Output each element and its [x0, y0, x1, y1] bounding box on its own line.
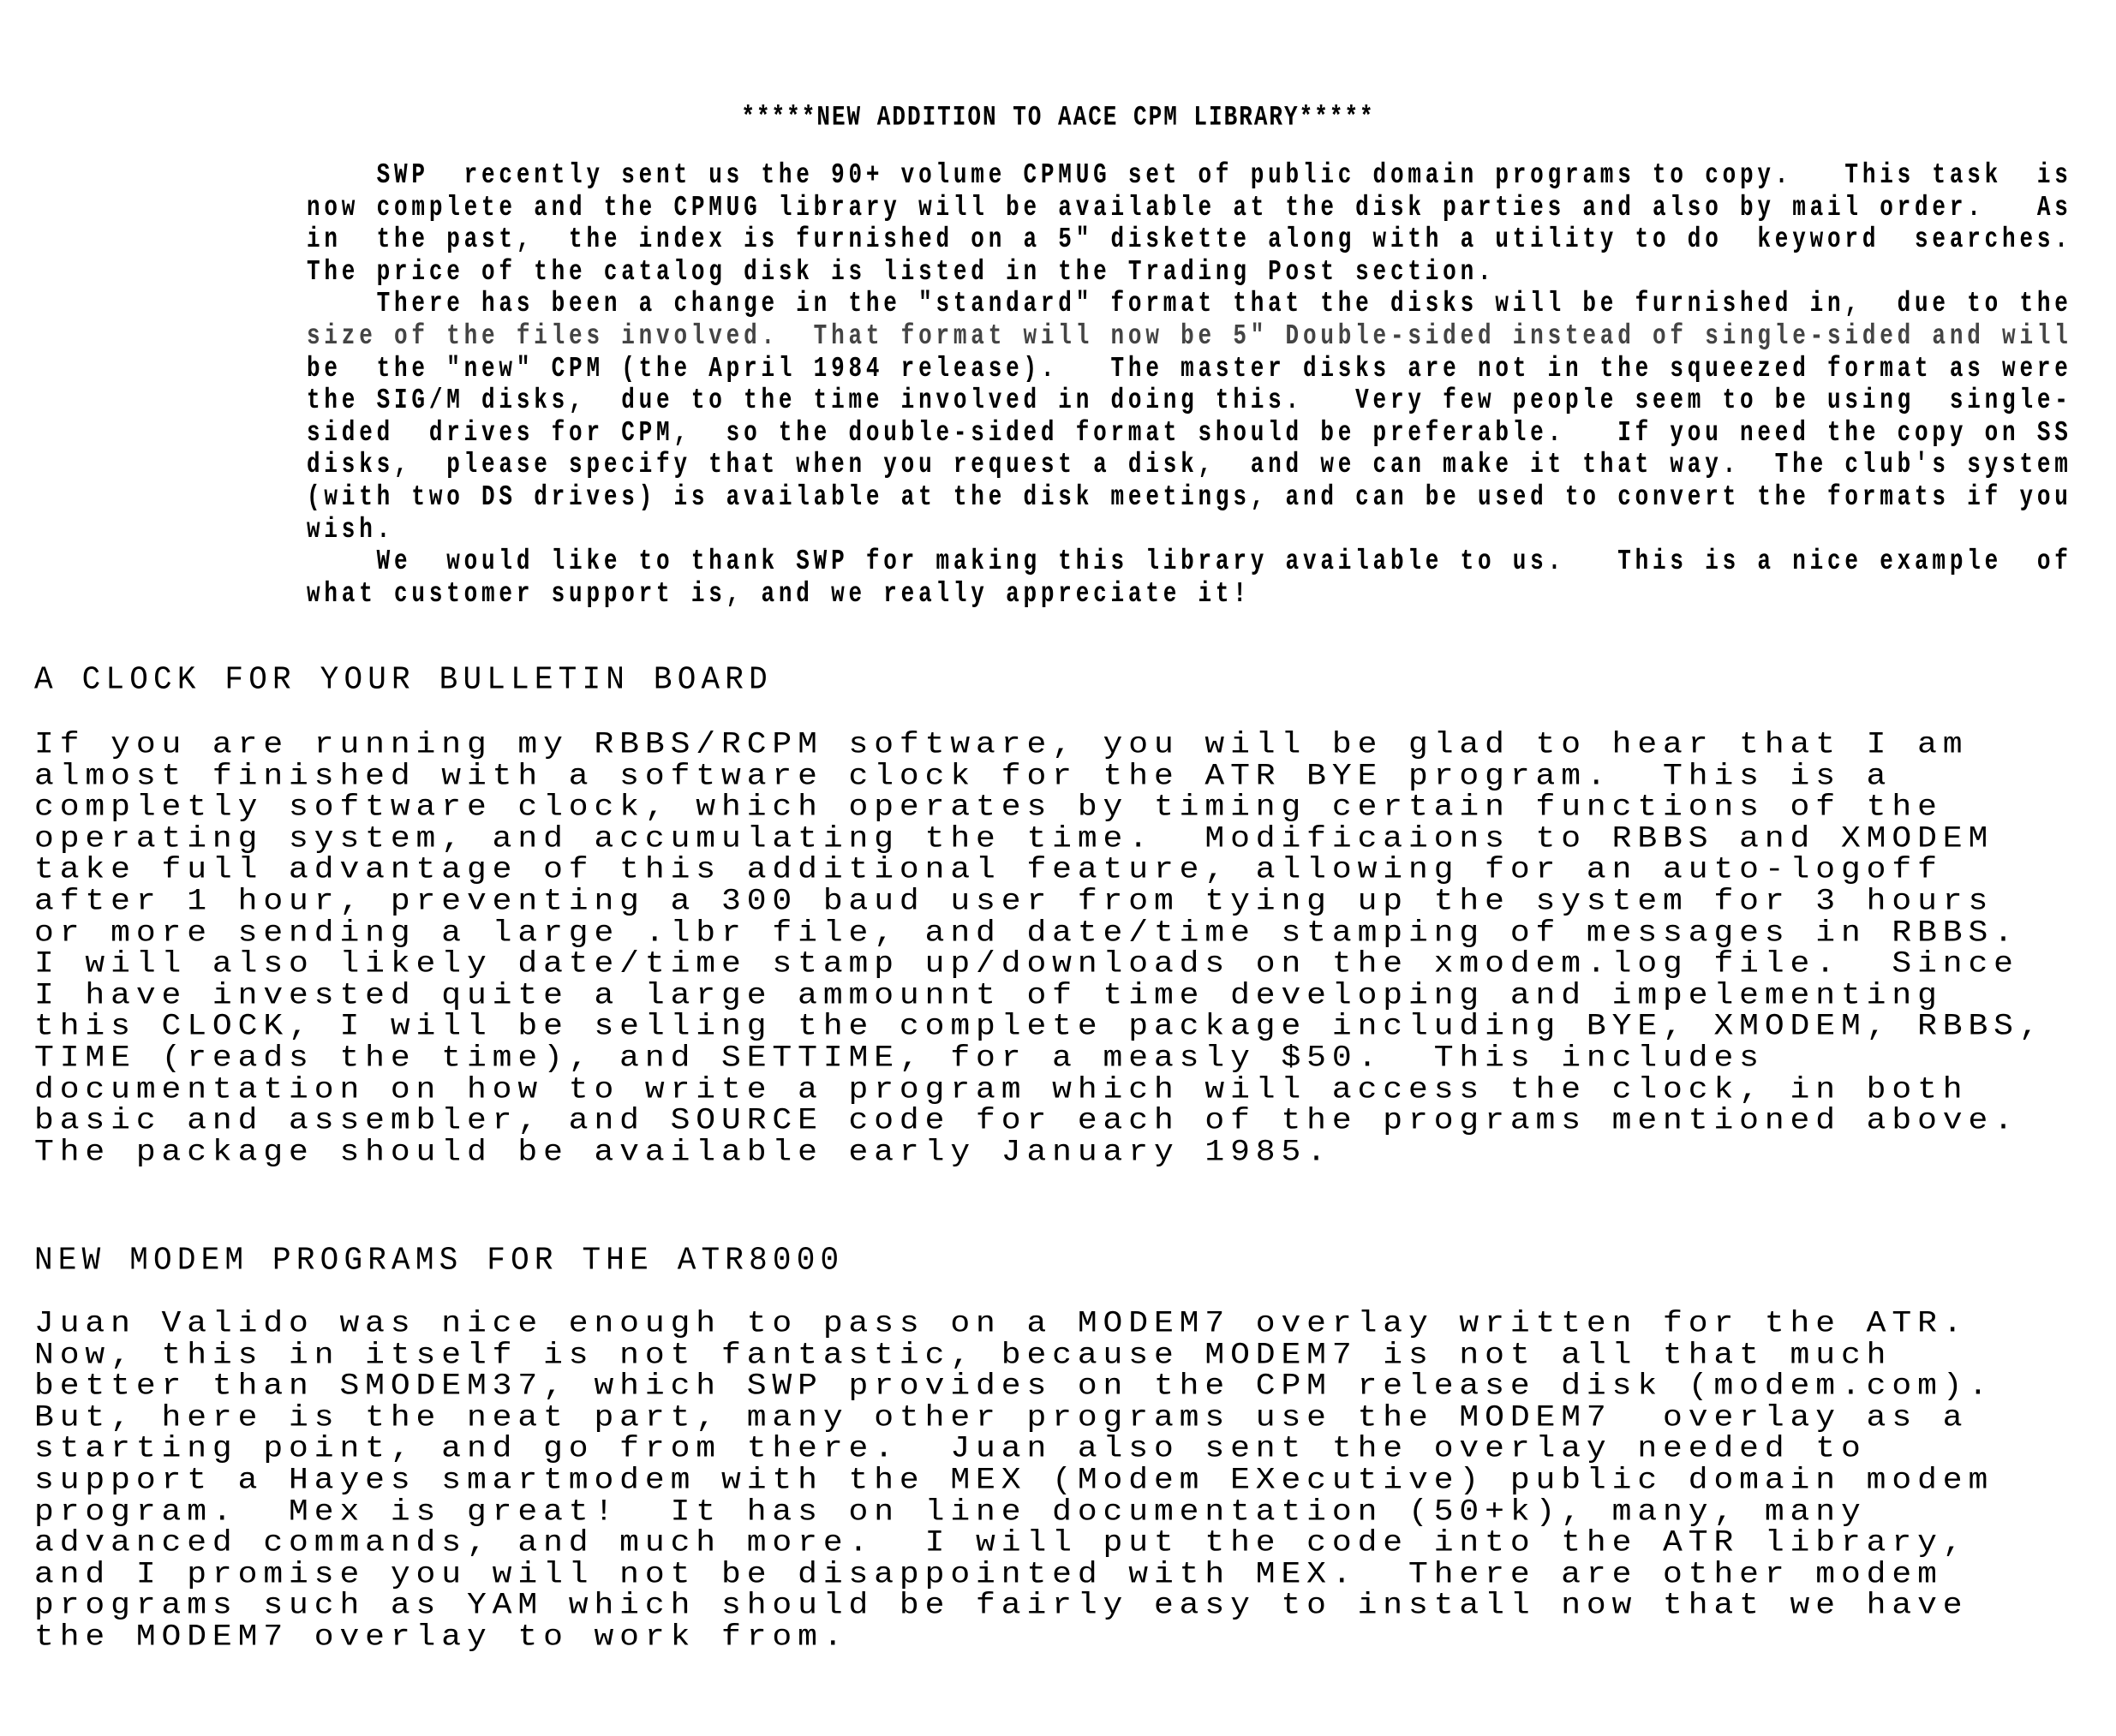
text-line: But, here is the neat part, many other p…: [34, 1404, 2107, 1433]
article-body-clock: If you are running my RBBS/RCPM software…: [34, 730, 2107, 1168]
text-line: If you are running my RBBS/RCPM software…: [34, 731, 2107, 760]
text-line: take full advantage of this additional f…: [34, 856, 2107, 886]
text-line: documentation on how to write a program …: [34, 1076, 2107, 1105]
text-line: program. Mex is great! It has on line do…: [34, 1498, 2107, 1527]
text-line: after 1 hour, preventing a 300 baud user…: [34, 887, 2107, 916]
text-line: or more sending a large .lbr file, and d…: [34, 919, 2107, 948]
text-line: advanced commands, and much more. I will…: [34, 1530, 2107, 1559]
text-line: almost finished with a software clock fo…: [34, 762, 2107, 791]
text-line: basic and assembler, and SOURCE code for…: [34, 1107, 2107, 1136]
article-body-modem: Juan Valido was nice enough to pass on a…: [34, 1309, 2107, 1654]
text-line: Now, this in itself is not fantastic, be…: [34, 1341, 2107, 1370]
text-line: TIME (reads the time), and SETTIME, for …: [34, 1044, 2107, 1073]
section-heading-modem: NEW MODEM PROGRAMS FOR THE ATR8000: [34, 1242, 844, 1279]
article-title-cpm-library: *****NEW ADDITION TO AACE CPM LIBRARY***…: [0, 101, 2116, 134]
text-line: better than SMODEM37, which SWP provides…: [34, 1373, 2107, 1402]
section-heading-clock: A CLOCK FOR YOUR BULLETIN BOARD: [34, 661, 773, 698]
text-line: operating system, and accumulating the t…: [34, 825, 2107, 854]
text-line: support a Hayes smartmodem with the MEX …: [34, 1466, 2107, 1495]
text-line: The package should be available early Ja…: [34, 1138, 2107, 1167]
text-line: the MODEM7 overlay to work from.: [34, 1623, 2107, 1652]
text-line: I will also likely date/time stamp up/do…: [34, 951, 2107, 980]
text-line: starting point, and go from there. Juan …: [34, 1435, 2107, 1465]
text-line: completly software clock, which operates…: [34, 794, 2107, 823]
text-line: what customer support is, and we really …: [307, 573, 1840, 615]
text-line: this CLOCK, I will be selling the comple…: [34, 1013, 2107, 1042]
text-line: Juan Valido was nice enough to pass on a…: [34, 1309, 2107, 1339]
text-line: and I promise you will not be disappoint…: [34, 1560, 2107, 1590]
article-body-cpm-library: SWP recently sent us the 90+ volume CPMU…: [307, 159, 1840, 610]
text-line: programs such as YAM which should be fai…: [34, 1592, 2107, 1621]
text-line: I have invested quite a large ammounnt o…: [34, 981, 2107, 1011]
